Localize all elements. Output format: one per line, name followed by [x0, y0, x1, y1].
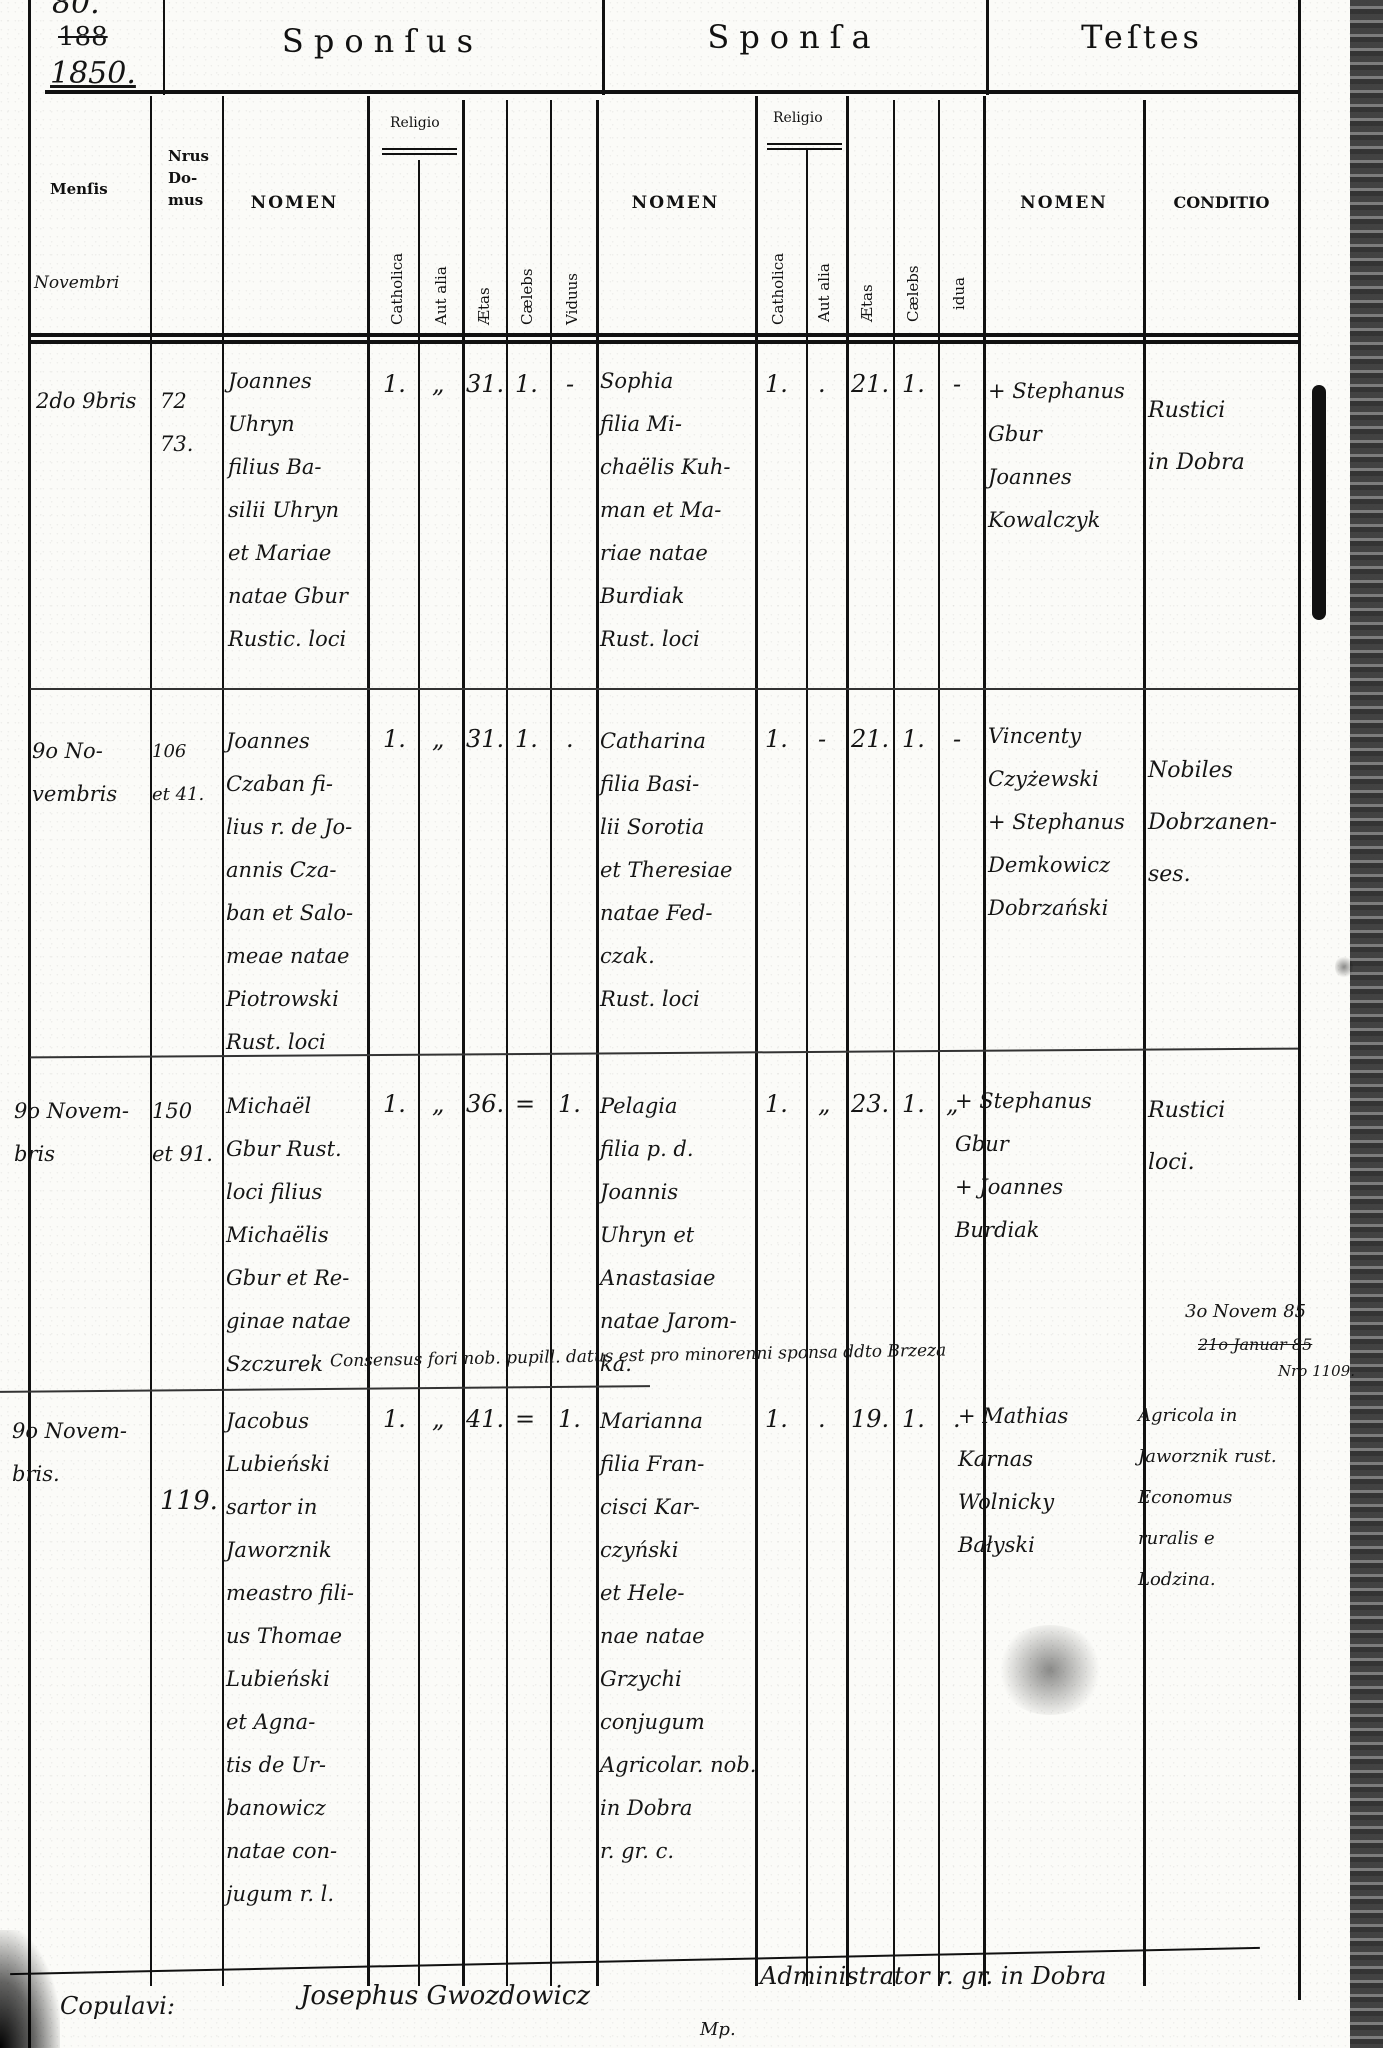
row-separator — [30, 688, 1298, 690]
title-rule — [45, 90, 1298, 94]
sponsus-catholica: 1. — [383, 370, 406, 398]
header-testes-conditio: CONDITIO — [1145, 193, 1298, 212]
testes-names: + Stephanus Gbur + Joannes Burdiak — [955, 1080, 1092, 1252]
header-rule — [30, 333, 1298, 337]
sponsus-caelebs: 1. — [515, 370, 538, 398]
sponsa-name: Marianna filia Fran- cisci Kar- czyński … — [600, 1400, 756, 1873]
officiant-name: Josephus Gwozdowicz — [300, 1975, 590, 2018]
testes-conditio: Nobiles Dobrzanen- ses. — [1148, 745, 1277, 901]
sponsa-name: Sophia filia Mi- chaëlis Kuh- man et Ma-… — [600, 360, 731, 661]
margin-ink-bar — [1312, 385, 1326, 620]
year-struck: 188 — [58, 22, 108, 52]
header-sponsus-religio: Religio — [390, 112, 440, 134]
sponsa-aetas: 21. — [851, 370, 889, 398]
sponsus-caelebs: = — [515, 1405, 535, 1433]
header-domus-1: Do- — [168, 167, 197, 189]
col-divider — [506, 100, 508, 1986]
year: 1850. — [50, 56, 136, 91]
sponsus-name: Jacobus Lubieński sartor in Jaworznik me… — [226, 1400, 354, 1916]
entry-house-number: 119. — [160, 1480, 218, 1523]
ink-smudge — [995, 1625, 1105, 1715]
sponsus-aetas: 36. — [466, 1090, 504, 1118]
sponsus-catholica: 1. — [383, 1090, 406, 1118]
sponsa-catholica: 1. — [765, 370, 788, 398]
sponsa-aut-alia: - — [818, 725, 826, 753]
col-divider — [893, 100, 895, 1986]
col-divider — [418, 160, 420, 1986]
col-divider — [222, 96, 224, 1986]
sponsa-caelebs: 1. — [902, 1405, 925, 1433]
officiant-title: Administrator r. gr. in Dobra — [760, 1955, 1106, 1998]
header-sponsus-caelebs: Cælebs — [518, 268, 536, 325]
col-divider — [846, 96, 849, 1986]
sponsa-aetas: 19. — [851, 1405, 889, 1433]
sponsa-catholica: 1. — [765, 1405, 788, 1433]
sponsa-aut-alia: . — [818, 1405, 826, 1433]
col-divider — [367, 96, 370, 1986]
sponsus-aut-alia: „ — [432, 1405, 444, 1433]
officiant-mark: Mp. — [700, 2008, 736, 2048]
section-sponsus: Sponſus — [163, 22, 602, 60]
page-number: 80. — [52, 0, 100, 21]
row-separator — [0, 1385, 650, 1392]
entry-date: 9o No- vembris — [32, 730, 117, 816]
sponsa-caelebs: 1. — [902, 370, 925, 398]
sponsa-aetas: 23. — [851, 1090, 889, 1118]
sponsa-aetas: 21. — [851, 725, 889, 753]
sponsus-aut-alia: „ — [432, 370, 444, 398]
sponsa-aut-alia: . — [818, 370, 826, 398]
header-sponsus-aut-alia: Aut alia — [432, 266, 450, 325]
sponsus-aut-alia: „ — [432, 1090, 444, 1118]
col-divider — [550, 100, 552, 1986]
header-sponsa-nomen: NOMEN — [596, 193, 755, 213]
sponsus-viduus: . — [566, 725, 574, 753]
col-divider — [938, 100, 940, 1986]
sponsa-catholica: 1. — [765, 725, 788, 753]
copulavi-label: Copulavi: — [60, 1985, 175, 2028]
section-sponsa: Sponſa — [602, 18, 986, 56]
note-number: Nro 1109. — [1278, 1350, 1355, 1393]
entry-date: 2do 9bris — [36, 380, 136, 423]
page-shadow — [0, 1930, 60, 2048]
col-divider — [983, 96, 986, 1986]
col-divider — [1143, 100, 1146, 1986]
sponsus-aetas: 41. — [466, 1405, 504, 1433]
sponsus-caelebs: = — [515, 1090, 535, 1118]
col-divider — [150, 96, 152, 1986]
col-divider — [806, 150, 808, 1986]
page-edge — [1350, 0, 1383, 2048]
left-border — [28, 0, 31, 2048]
header-sponsus-aetas: Ætas — [475, 287, 493, 325]
sponsus-aetas: 31. — [466, 725, 504, 753]
header-sponsa-caelebs: Cælebs — [904, 265, 922, 322]
religio-rule — [767, 143, 842, 145]
sponsa-caelebs: 1. — [902, 1090, 925, 1118]
entry-house-number: 72 73. — [160, 380, 193, 466]
sponsus-catholica: 1. — [383, 1405, 406, 1433]
header-sponsa-vidua: idua — [950, 277, 968, 310]
sponsus-viduus: - — [566, 370, 574, 398]
testes-names: + Mathias Karnas Wolnicky Bałyski — [958, 1395, 1068, 1567]
header-sponsus-viduus: Viduus — [563, 273, 581, 325]
testes-conditio: Rustici loci. — [1148, 1085, 1225, 1189]
col-divider — [462, 100, 465, 1986]
ink-dot — [1335, 955, 1353, 979]
right-border — [1298, 0, 1301, 2000]
sponsa-caelebs: 1. — [902, 725, 925, 753]
entry-date: 9o Novem- bris. — [12, 1410, 127, 1496]
header-sponsa-religio: Religio — [773, 107, 823, 129]
sponsa-vidua: - — [953, 370, 961, 398]
entry-house-number: 106 et 41. — [152, 730, 204, 816]
entry-date: 9o Novem- bris — [14, 1090, 129, 1176]
sponsus-caelebs: 1. — [515, 725, 538, 753]
sponsa-catholica: 1. — [765, 1090, 788, 1118]
entry-house-number: 150 et 91. — [152, 1090, 213, 1176]
sponsus-catholica: 1. — [383, 725, 406, 753]
header-sponsa-aut-alia: Aut alia — [815, 263, 833, 322]
section-testes: Teſtes — [986, 18, 1298, 56]
header-sponsus-catholica: Catholica — [388, 253, 406, 325]
sponsus-aut-alia: „ — [432, 725, 444, 753]
header-testes-nomen: NOMEN — [985, 193, 1143, 213]
testes-names: Vincenty Czyżewski + Stephanus Demkowicz… — [988, 715, 1125, 930]
row-separator — [30, 1048, 1298, 1058]
sponsus-aetas: 31. — [466, 370, 504, 398]
sponsa-vidua: - — [953, 725, 961, 753]
marginal-note: Consensus fori nob. pupill. datus est pr… — [330, 1330, 947, 1384]
header-sponsus-nomen: NOMEN — [222, 193, 367, 213]
testes-conditio: Agricola in Jaworznik rust. Economus rur… — [1138, 1395, 1277, 1600]
sponsa-aut-alia: „ — [818, 1090, 830, 1118]
testes-names: + Stephanus Gbur Joannes Kowalczyk — [988, 370, 1125, 542]
mensis-value: Novembri — [34, 262, 119, 305]
sponsus-viduus: 1. — [558, 1090, 581, 1118]
header-nrus: Nrus — [168, 145, 209, 167]
col-divider — [596, 100, 599, 1986]
sponsa-name: Catharina filia Basi- lii Sorotia et The… — [600, 720, 732, 1021]
header-sponsa-catholica: Catholica — [769, 253, 787, 325]
sponsus-name: Joannes Czaban fi- lius r. de Jo- annis … — [226, 720, 353, 1064]
sponsus-name: Joannes Uhryn filius Ba- silii Uhryn et … — [228, 360, 348, 661]
testes-conditio: Rustici in Dobra — [1148, 385, 1245, 489]
religio-rule — [382, 148, 457, 150]
header-mensis: Menſis — [50, 178, 108, 200]
sponsus-viduus: 1. — [558, 1405, 581, 1433]
header-domus-2: mus — [168, 189, 203, 211]
header-sponsa-aetas: Ætas — [858, 284, 876, 322]
